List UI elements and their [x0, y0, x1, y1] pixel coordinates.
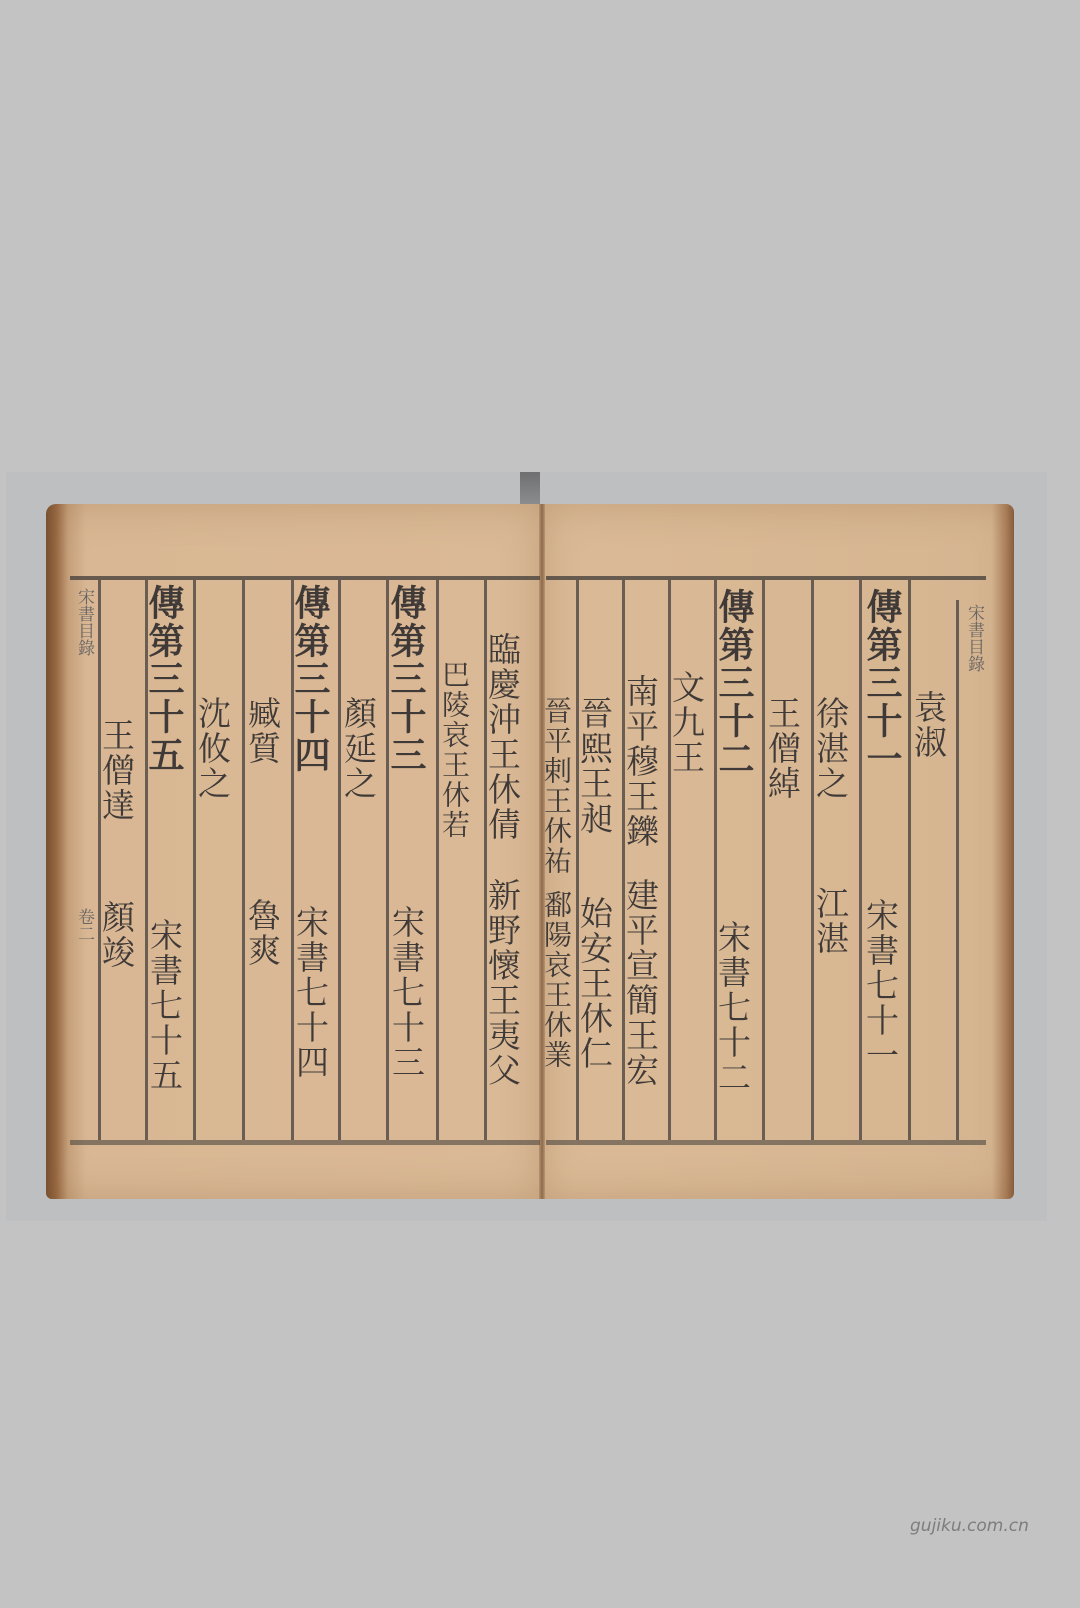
- column-rule: [668, 580, 671, 1140]
- volume-ref: 宋書七十四: [294, 905, 327, 1080]
- toc-entry: 巴陵哀王休若: [440, 660, 468, 840]
- top-frame-rule-right: [546, 576, 986, 580]
- toc-entry: 文九王: [670, 670, 703, 775]
- right-page: [542, 504, 1014, 1199]
- toc-entry-sub: 鄱陽哀王休業: [542, 890, 570, 1070]
- toc-entry-sub: 建平宣簡王宏: [624, 878, 657, 1088]
- toc-entry: 顏延之: [342, 696, 375, 801]
- volume-ref: 宋書七十三: [390, 905, 423, 1080]
- toc-entry: 袁淑: [912, 690, 945, 760]
- chapter-heading: 傳第三十四: [292, 584, 328, 774]
- page-marker: 卷二: [72, 908, 97, 942]
- chapter-heading: 傳第三十三: [388, 584, 424, 774]
- toc-entry: 徐湛之: [814, 696, 847, 801]
- left-edge-heading: 宋書目錄: [72, 588, 97, 656]
- chapter-heading: 傳第三十二: [716, 588, 752, 778]
- top-frame-rule-left: [70, 576, 540, 580]
- toc-entry-sub: 顏竣: [100, 900, 133, 970]
- site-watermark: gujiku.com.cn: [910, 1516, 1029, 1536]
- toc-entry-sub: 魯爽: [246, 898, 279, 968]
- toc-entry: 臧質: [246, 696, 279, 766]
- right-edge-heading: 宋書目錄: [962, 604, 987, 672]
- toc-entry: 晉平剌王休祐: [542, 696, 570, 876]
- column-rule: [193, 580, 196, 1140]
- toc-entry: 晉熙王昶: [578, 696, 611, 836]
- column-rule: [956, 600, 959, 1140]
- toc-entry: 臨慶沖王休倩: [486, 632, 519, 842]
- toc-entry: 王僧達: [100, 718, 133, 823]
- column-rule: [908, 580, 911, 1140]
- bottom-frame-rule-right: [546, 1140, 986, 1145]
- column-rule: [338, 580, 341, 1140]
- column-rule: [811, 580, 814, 1140]
- bottom-frame-rule-left: [70, 1140, 540, 1145]
- volume-ref: 宋書七十二: [716, 920, 749, 1095]
- volume-ref: 宋書七十五: [148, 918, 181, 1093]
- column-rule: [762, 580, 765, 1140]
- volume-ref: 宋書七十一: [864, 898, 897, 1073]
- toc-entry-sub: 新野懷王夷父: [486, 878, 519, 1088]
- chapter-heading: 傳第三十一: [864, 588, 900, 778]
- chapter-heading: 傳第三十五: [146, 584, 182, 774]
- toc-entry: 沈攸之: [196, 696, 229, 801]
- toc-entry: 南平穆王鑠: [624, 674, 657, 849]
- column-rule: [242, 580, 245, 1140]
- column-rule: [98, 580, 101, 1140]
- toc-entry-sub: 始安王休仁: [578, 896, 611, 1071]
- toc-entry-sub: 江湛: [814, 886, 847, 956]
- toc-entry: 王僧綽: [766, 696, 799, 801]
- open-book: 宋書目錄 卷二 臨慶沖王休倩 新野懷王夷父 巴陵哀王休若 傳第三十三 宋書七十三…: [46, 500, 1014, 1205]
